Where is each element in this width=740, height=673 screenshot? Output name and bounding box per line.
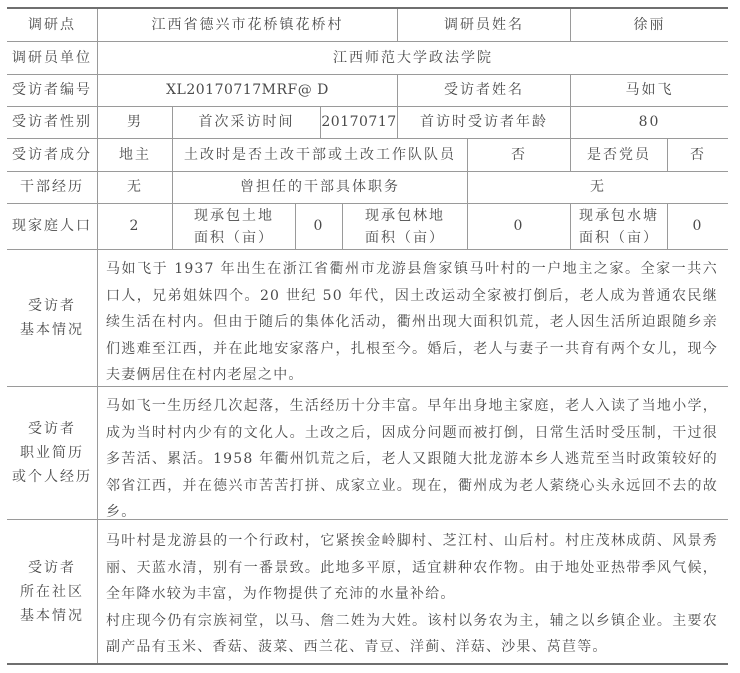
researcher-name-label: 调研员姓名: [397, 9, 570, 41]
community-paragraph-2: 村庄现今仍有宗族祠堂，以马、詹二姓为大姓。该村以务农为主，辅之以乡镇企业。主要农…: [106, 608, 718, 661]
cadre-experience-label: 干部经历: [7, 172, 97, 203]
interviewee-id-label: 受访者编号: [7, 75, 97, 106]
contracted-pond-label: 现承包水塘 面积（亩）: [570, 204, 667, 249]
interviewee-name-value: 马如飞: [570, 75, 728, 106]
contracted-farmland-value: 0: [295, 204, 342, 249]
career-label-line3: 或个人经历: [12, 465, 92, 489]
gender-value: 男: [97, 107, 172, 138]
land-reform-cadre-value: 否: [467, 139, 570, 171]
row-class-status: 受访者成分 地主 土改时是否土改干部或土改工作队队员 否 是否党员 否: [7, 139, 728, 172]
basic-info-label-line2: 基本情况: [20, 318, 84, 342]
contracted-forest-label-line1: 现承包林地: [365, 205, 445, 227]
contracted-forest-label: 现承包林地 面积（亩）: [342, 204, 467, 249]
row-community: 受访者 所在社区 基本情况 马叶村是龙游县的一个行政村，它紧挨金岭脚村、芝江村、…: [7, 520, 728, 663]
interviewee-id-value: XL20170717MRF@ D: [97, 75, 397, 106]
age-at-first-interview-label: 首访时受访者年龄: [397, 107, 570, 138]
first-interview-time-value: 20170717: [320, 107, 397, 138]
land-reform-cadre-label: 土改时是否土改干部或土改工作队队员: [172, 139, 467, 171]
contracted-farmland-label-line2: 面积（亩）: [194, 227, 274, 249]
community-label: 受访者 所在社区 基本情况: [7, 520, 97, 663]
researcher-unit-value: 江西师范大学政法学院: [97, 42, 728, 74]
household-size-value: 2: [97, 204, 172, 249]
contracted-forest-value: 0: [467, 204, 570, 249]
contracted-pond-label-line1: 现承包水塘: [579, 205, 659, 227]
gender-label: 受访者性别: [7, 107, 97, 138]
row-career: 受访者 职业简历 或个人经历 马如飞一生历经几次起落，生活经历十分丰富。早年出身…: [7, 387, 728, 520]
household-size-label: 现家庭人口: [7, 204, 97, 249]
first-interview-time-label: 首次采访时间: [172, 107, 320, 138]
basic-info-label-line1: 受访者: [28, 294, 76, 318]
contracted-pond-value: 0: [667, 204, 728, 249]
basic-info-text: 马如飞于 1937 年出生在浙江省衢州市龙游县詹家镇马叶村的一户地主之家。全家一…: [97, 250, 728, 386]
age-at-first-interview-value: 80: [570, 107, 728, 138]
career-text: 马如飞一生历经几次起落，生活经历十分丰富。早年出身地主家庭，老人入读了当地小学，…: [97, 387, 728, 519]
community-label-line1: 受访者: [28, 556, 76, 580]
contracted-farmland-label-line1: 现承包土地: [194, 205, 274, 227]
row-basic-info: 受访者 基本情况 马如飞于 1937 年出生在浙江省衢州市龙游县詹家镇马叶村的一…: [7, 250, 728, 387]
party-member-label: 是否党员: [570, 139, 667, 171]
class-status-label: 受访者成分: [7, 139, 97, 171]
cadre-positions-value: 无: [467, 172, 728, 203]
researcher-unit-label: 调研员单位: [7, 42, 97, 74]
class-status-value: 地主: [97, 139, 172, 171]
career-label-line2: 职业简历: [20, 441, 84, 465]
community-label-line2: 所在社区: [20, 580, 84, 604]
community-paragraph-1: 马叶村是龙游县的一个行政村，它紧挨金岭脚村、芝江村、山后村。村庄茂林成荫、风景秀…: [106, 528, 718, 608]
contracted-farmland-label: 现承包土地 面积（亩）: [172, 204, 295, 249]
row-researcher-unit: 调研员单位 江西师范大学政法学院: [7, 42, 728, 75]
contracted-pond-label-line2: 面积（亩）: [579, 227, 659, 249]
researcher-name-value: 徐丽: [570, 9, 728, 41]
row-survey-site: 调研点 江西省德兴市花桥镇花桥村 调研员姓名 徐丽: [7, 9, 728, 42]
career-label-line1: 受访者: [28, 417, 76, 441]
career-label: 受访者 职业简历 或个人经历: [7, 387, 97, 519]
party-member-value: 否: [667, 139, 728, 171]
community-text: 马叶村是龙游县的一个行政村，它紧挨金岭脚村、芝江村、山后村。村庄茂林成荫、风景秀…: [97, 520, 728, 663]
basic-info-paragraph: 马如飞于 1937 年出生在浙江省衢州市龙游县詹家镇马叶村的一户地主之家。全家一…: [106, 256, 718, 389]
row-interviewee-id: 受访者编号 XL20170717MRF@ D 受访者姓名 马如飞: [7, 75, 728, 107]
survey-site-value: 江西省德兴市花桥镇花桥村: [97, 9, 397, 41]
row-cadre-experience: 干部经历 无 曾担任的干部具体职务 无: [7, 172, 728, 204]
contracted-forest-label-line2: 面积（亩）: [365, 227, 445, 249]
survey-site-label: 调研点: [7, 9, 97, 41]
interviewee-info-table: 调研点 江西省德兴市花桥镇花桥村 调研员姓名 徐丽 调研员单位 江西师范大学政法…: [7, 7, 728, 665]
cadre-experience-value: 无: [97, 172, 172, 203]
interviewee-name-label: 受访者姓名: [397, 75, 570, 106]
career-paragraph: 马如飞一生历经几次起落，生活经历十分丰富。早年出身地主家庭，老人入读了当地小学，…: [106, 393, 718, 526]
row-household: 现家庭人口 2 现承包土地 面积（亩） 0 现承包林地 面积（亩） 0 现承包水…: [7, 204, 728, 250]
community-label-line3: 基本情况: [20, 604, 84, 628]
cadre-positions-label: 曾担任的干部具体职务: [172, 172, 467, 203]
row-gender-interview-time: 受访者性别 男 首次采访时间 20170717 首访时受访者年龄 80: [7, 107, 728, 139]
basic-info-label: 受访者 基本情况: [7, 250, 97, 386]
